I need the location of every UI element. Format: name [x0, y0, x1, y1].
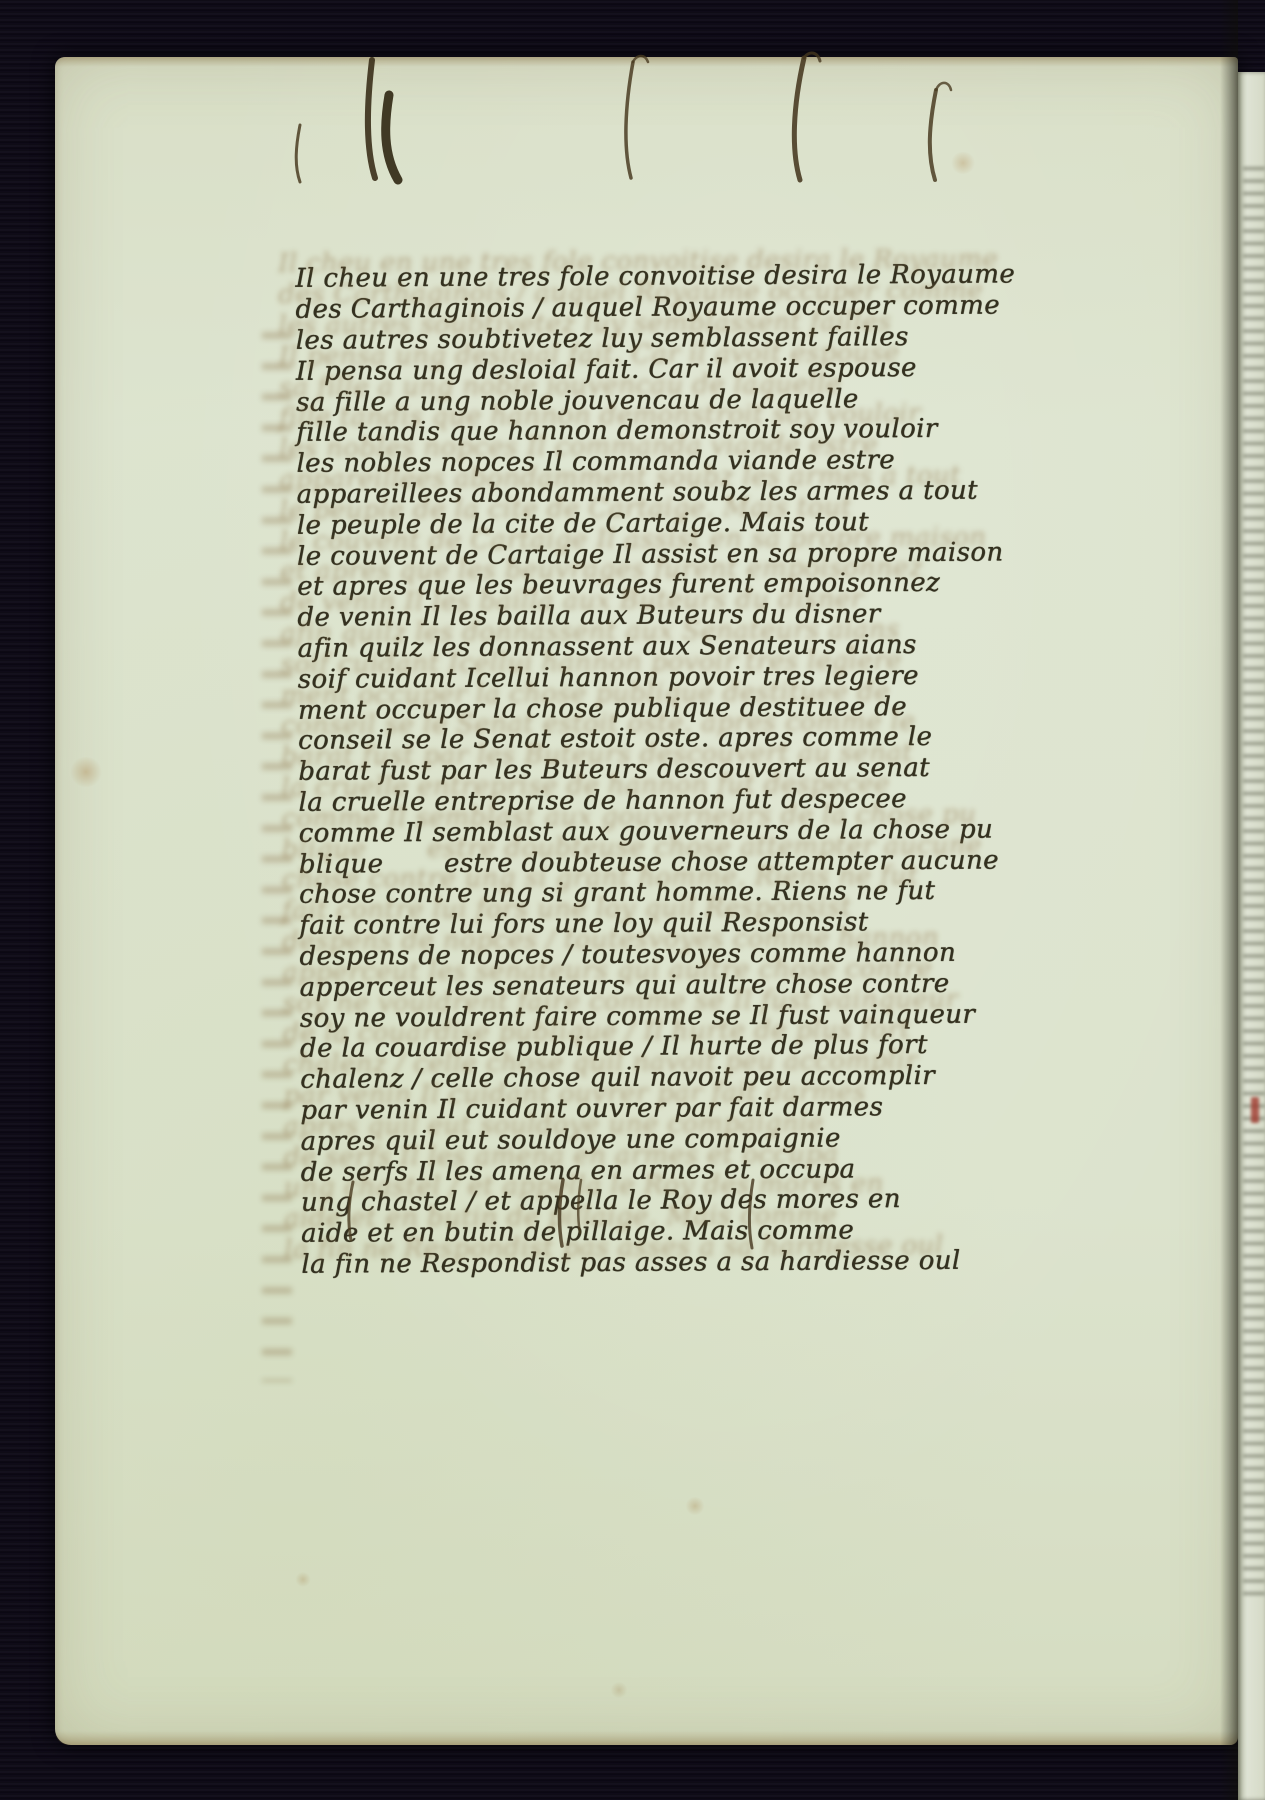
- facing-page-text-blur: [1243, 167, 1265, 1597]
- page-top-edge: [55, 57, 1238, 67]
- foxing-spot: [685, 1497, 705, 1515]
- page-bottom-edge: [55, 1731, 1238, 1745]
- foxing-spot: [610, 1682, 628, 1698]
- foxing-spot: [69, 757, 103, 787]
- manuscript-page: Il cheu en une tres fole convoitise desi…: [55, 57, 1238, 1745]
- facing-page-edge: [1238, 72, 1265, 1800]
- text-block: Il cheu en une tres fole convoitise desi…: [295, 166, 1202, 1280]
- gutter-shadow: [1220, 0, 1238, 1800]
- foxing-spot: [295, 1572, 311, 1587]
- photograph-background: { "theme": { "background": "#0d0a16", "p…: [0, 0, 1265, 1800]
- ink-bleedthrough-smudge: [262, 332, 292, 1382]
- rubric-red-mark: [1251, 1097, 1259, 1123]
- manuscript-text: Il cheu en une tres fole convoitise desi…: [295, 166, 1202, 1280]
- manuscript-line: la fin ne Respondist pas asses a sa hard…: [301, 1244, 1201, 1280]
